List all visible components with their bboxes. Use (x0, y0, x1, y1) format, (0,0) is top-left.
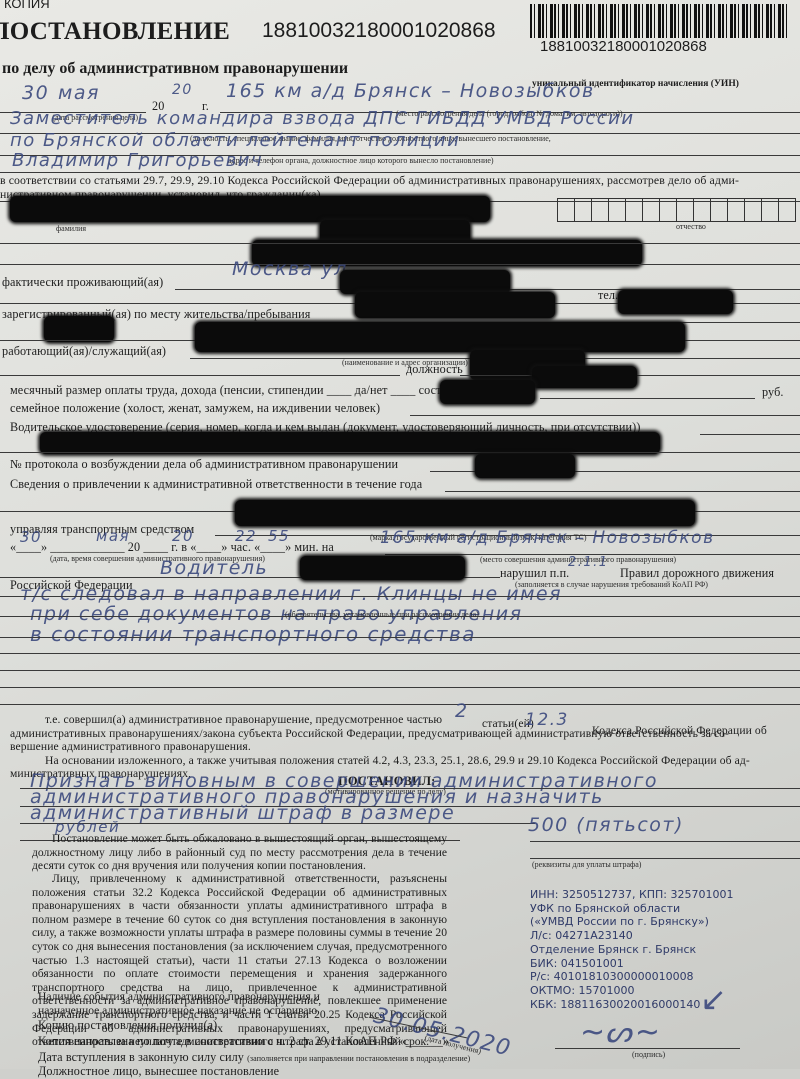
redacted-phone (618, 290, 733, 314)
label-traffic-rules: Правил дорожного движения (620, 566, 774, 581)
uin-number: 18810032180001020868 (262, 19, 496, 43)
stamp-inn-kpp: ИНН: 3250512737, КПП: 325701001 (530, 888, 734, 902)
document-subtitle: по делу об административном правонарушен… (2, 60, 348, 78)
stamp-rs: Р/с: 40101810300000010008 (530, 970, 734, 984)
copy-mark: КОПИЯ (4, 0, 50, 11)
redacted-license (40, 432, 660, 454)
not-disputed: Наличие события административного правон… (38, 990, 328, 1017)
caption-payment-details: (реквизиты для уплаты штрафа) (532, 860, 641, 869)
effective-date-note: (заполняется при направлении постановлен… (247, 1054, 470, 1063)
stamp-recipient-1: УФК по Брянской области (530, 902, 734, 916)
issued-by: Должностное лицо, вынесшее постановление (38, 1064, 279, 1069)
label-position: должность (406, 362, 463, 377)
label-datetime-line: «____» ____________ 20 ____ г. в «____» … (10, 540, 334, 555)
redacted-driver-name (300, 556, 465, 580)
redacted-income (440, 380, 535, 404)
label-rub: руб. (762, 385, 784, 400)
document-sheet: КОПИЯ ПОСТАНОВЛЕНИЕ 18810032180001020868… (0, 0, 800, 1069)
hw-official-2: по Брянской области лейтенант полиции (10, 130, 460, 151)
hw-decision-4: 500 (пятьсот) (528, 814, 684, 836)
caption-patronymic: отчество (676, 222, 706, 231)
hw-part: 2 (455, 700, 469, 722)
hw-circ-1: Водитель (160, 557, 268, 579)
hw-review-year: 20 (172, 82, 193, 98)
redacted-full-name (10, 196, 490, 222)
label-committed-3: вершение административного правонарушени… (10, 740, 251, 753)
stamp-recipient-2: («УМВД России по г. Брянску») (530, 915, 734, 929)
redacted-registration-2 (44, 316, 114, 342)
caption-signature: (подпись) (632, 1050, 665, 1059)
redacted-vehicle (235, 500, 695, 526)
hw-official-1: Заместитель командира взвода ДПС ГИБДД У… (10, 108, 635, 129)
redacted-registration (355, 292, 555, 318)
barcode-number: 18810032180001020868 (540, 38, 707, 55)
signature-scribble: ~ᔕ~ (580, 1015, 662, 1050)
hw-circ-4: в состоянии транспортного средства (30, 622, 476, 646)
stamp-oktmo: ОКТМО: 15701000 (530, 984, 734, 998)
redacted-position (532, 366, 637, 388)
hw-review-month: мая (58, 82, 100, 104)
redacted-protocol-number (475, 454, 575, 478)
label-committed-2: административных правонарушениях/закона … (10, 727, 729, 740)
hw-review-day: 30 (22, 82, 49, 104)
caption-circumstances: (обстоятельства, установленные при рассм… (285, 610, 479, 619)
copy-received: Копию постановления получил(а) (38, 1018, 217, 1033)
label-working: работающий(ая)/служащий(ая) (2, 344, 166, 359)
hw-clause: 2.1.1 (568, 555, 609, 570)
hw-offense-place: 165 км а/д Брянск – Новозыбков (380, 528, 715, 548)
hw-residing: Москва ул. (232, 258, 355, 280)
stamp-bik: БИК: 041501001 (530, 957, 734, 971)
stamp-kbk: КБК: 18811630020016000140 (530, 998, 734, 1012)
appeal-notice: Постановление может быть обжаловано в вы… (32, 832, 447, 873)
label-based-1: На основании изложенного, а также учитыв… (45, 754, 750, 767)
document-title: ПОСТАНОВЛЕНИЕ (0, 18, 230, 46)
caption-authority: адрес и телефон органа, должностное лицо… (228, 156, 494, 165)
label-committed-1: т.е. совершил(а) административное правон… (45, 713, 442, 726)
label-family: семейное положение (холост, женат, замуж… (10, 401, 380, 416)
label-residing: фактически проживающий(ая) (2, 275, 163, 290)
label-protocol: № протокола о возбуждении дела об админи… (10, 457, 398, 472)
effective-date: Дата вступления в законную силу силу (за… (38, 1050, 470, 1065)
effective-date-label: Дата вступления в законную силу силу (38, 1050, 244, 1064)
label-income: месячный размер оплаты труда, дохода (пе… (10, 383, 444, 398)
hw-circ-2: т/с следовал в направлении г. Клинцы не … (20, 583, 562, 605)
stamp-bank: Отделение Брянск г. Брянск (530, 943, 734, 957)
caption-surname: фамилия (56, 224, 86, 233)
label-phone: тел. (598, 288, 618, 303)
redacted-employer (195, 322, 685, 352)
redacted-residence (340, 270, 510, 294)
stamp-account: Л/с: 04271А23140 (530, 929, 734, 943)
label-violated: нарушил п.п. (500, 566, 569, 581)
barcode (530, 4, 788, 38)
patronymic-cells (558, 198, 796, 222)
payment-details-stamp: ИНН: 3250512737, КПП: 325701001 УФК по Б… (530, 888, 734, 1011)
hw-review-place: 165 км а/д Брянск – Новозыбков (226, 80, 595, 102)
hw-official-3: Владимир Григорьевич (12, 150, 263, 171)
intro-line-1: в соответствии со статьями 29.7, 29.9, 2… (0, 173, 739, 188)
copy-sent: Копия направлена по почте в соответствии… (38, 1034, 449, 1049)
label-history: Сведения о привлечении к административно… (10, 477, 422, 492)
